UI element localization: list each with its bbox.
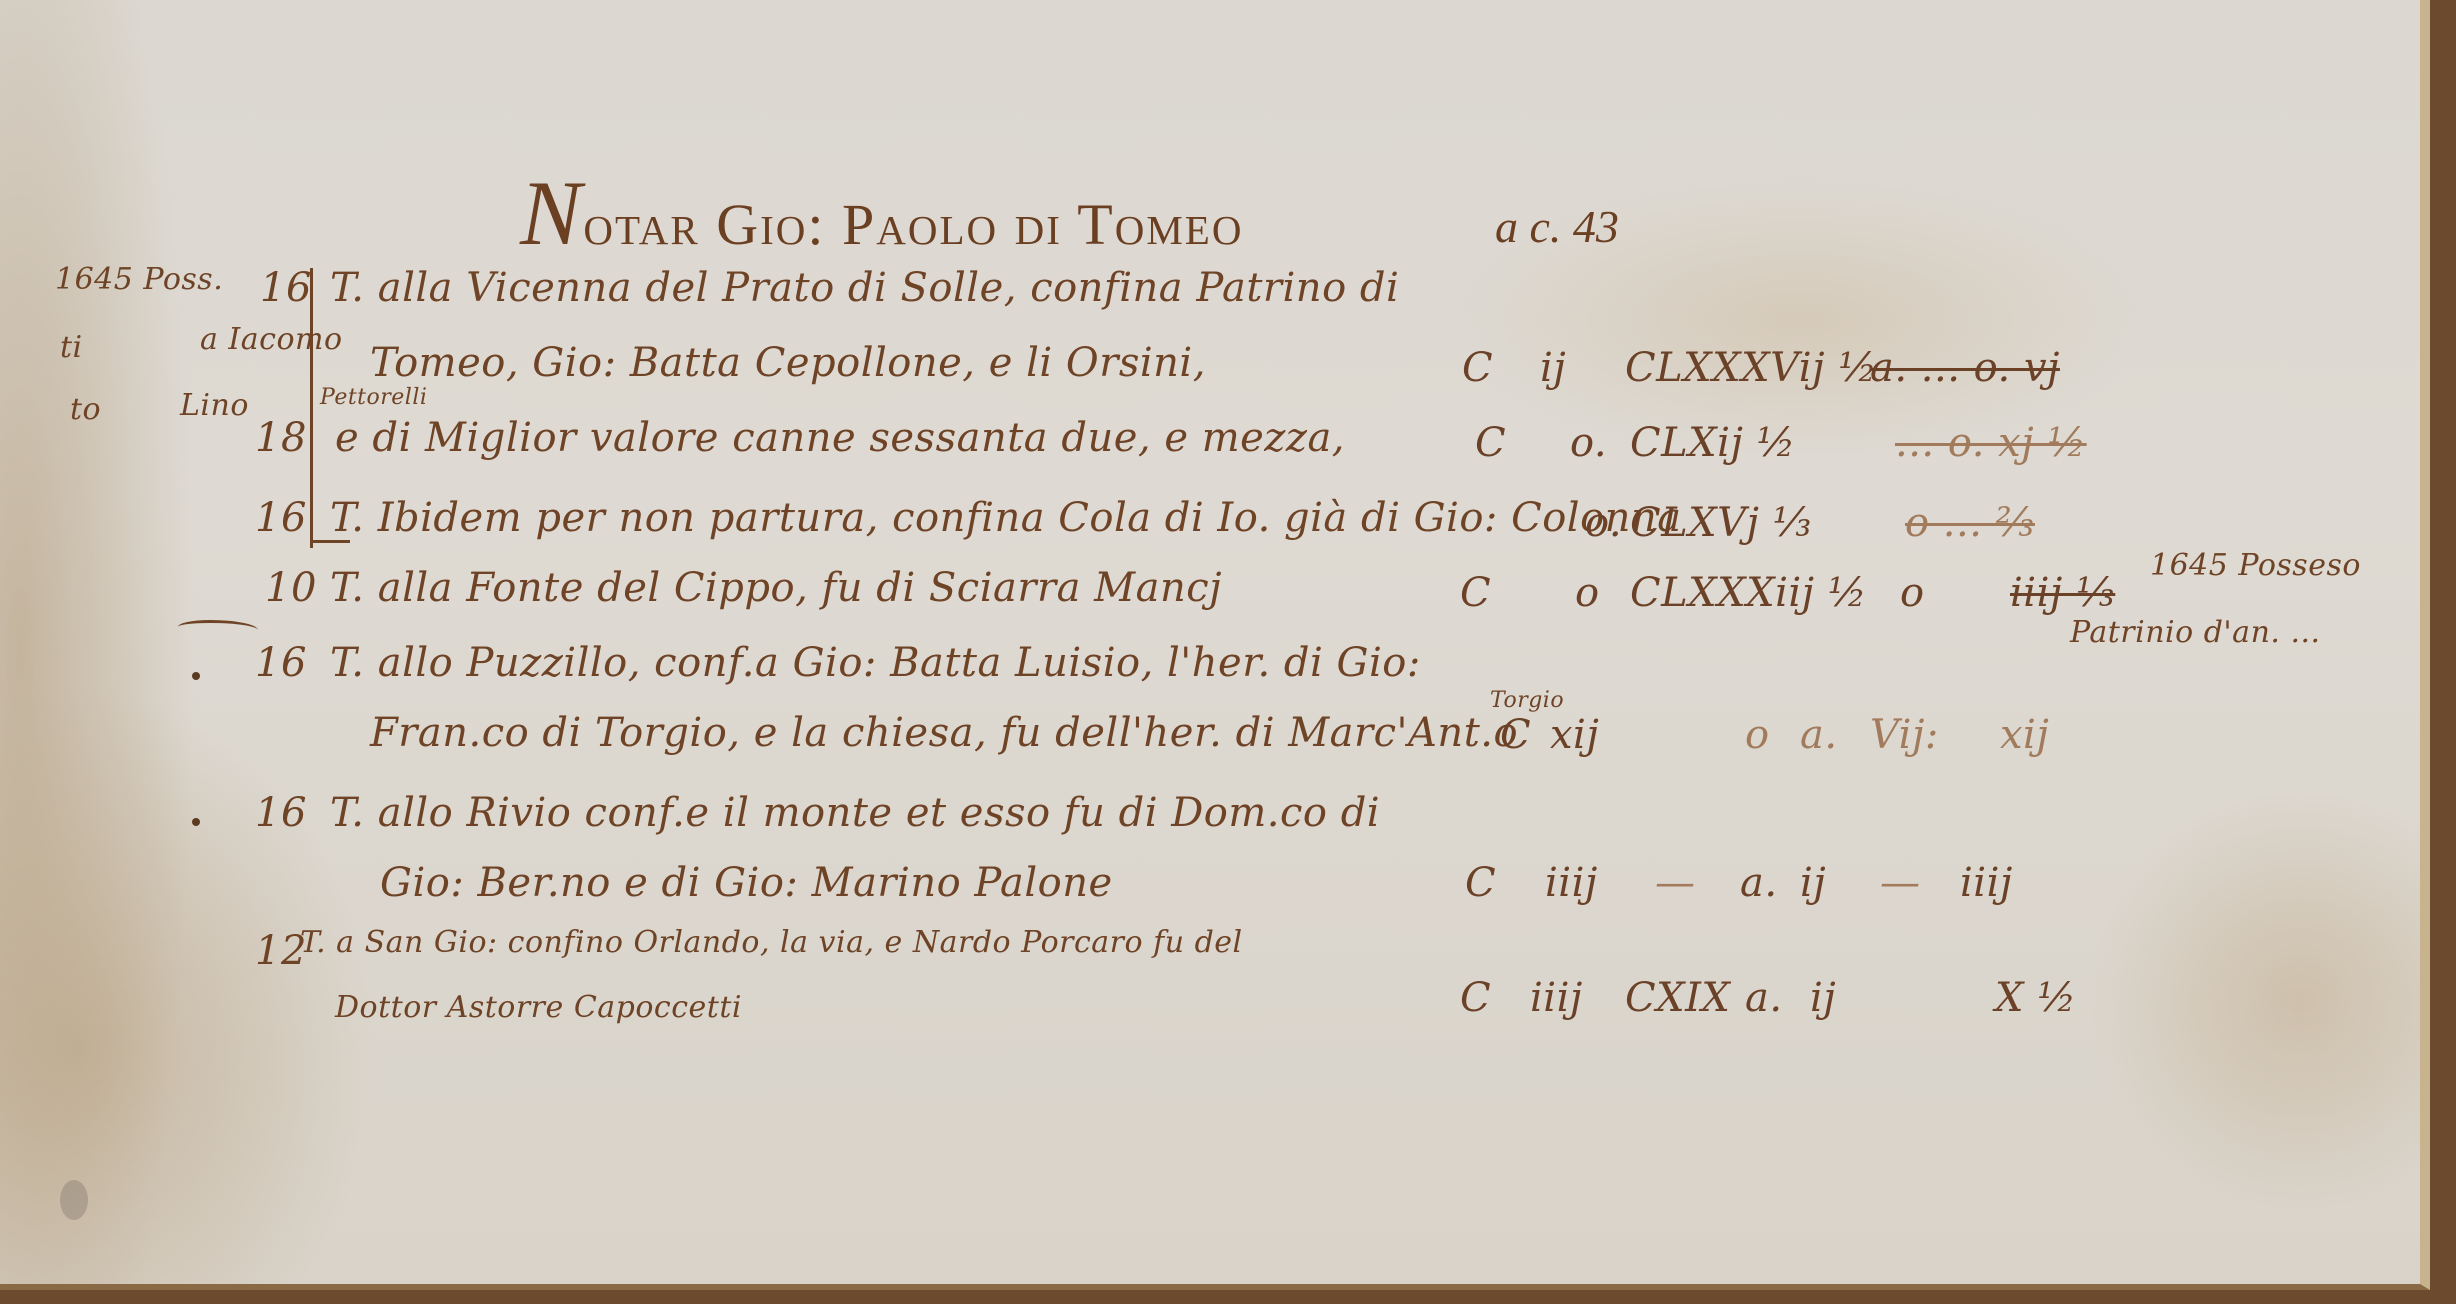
bullet-dot (192, 672, 200, 680)
entry-4-amount-4: iiij ⅓ (2010, 570, 2115, 616)
entry-5-superscript: Torgio (1490, 688, 1564, 713)
folio-reference: a c. 43 (1495, 200, 1619, 253)
margin-note-left-2a: ti (60, 330, 83, 365)
entry-1-line-1: T. alla Vicenna del Prato di Solle, conf… (330, 265, 1399, 311)
entry-5-amount-5: xij (2000, 712, 2049, 758)
margin-note-left-3a: to (70, 392, 101, 427)
page-heading: Notar Gio: Paolo di Tomeo (520, 160, 1243, 266)
entry-1-amount-2: CLXXXVij ½ (1625, 345, 1877, 391)
entry-7-line-1: T. a San Gio: confino Orlando, la via, e… (300, 925, 1243, 960)
entry-6-measure: 16 (255, 790, 307, 836)
heading-initial: N (520, 162, 583, 264)
entry-5-line-1: T. allo Puzzillo, conf.a Gio: Batta Luis… (330, 640, 1421, 686)
entry-3-amount-3: o ... ⅔ (1905, 500, 2035, 546)
entry-4-amount-2: CLXXXiij ½ (1630, 570, 1867, 616)
heading-title: otar Gio: Paolo di Tomeo (583, 192, 1243, 257)
entry-7-amount-5: X ½ (1995, 975, 2076, 1021)
entry-6-amount-1: iiij (1545, 860, 1598, 906)
margin-note-left-3c: Pettorelli (320, 385, 427, 410)
entry-6-amount-2: — (1655, 860, 1696, 906)
margin-note-right-2: Patrinio d'an. ... (2070, 615, 2321, 650)
entry-4-measure: 10 (265, 565, 317, 611)
entry-5-amount-4: Vij: (1870, 712, 1939, 758)
entry-2-line-1: e di Miglior valore canne sessanta due, … (335, 415, 1345, 461)
entry-2-amount-c: C (1475, 420, 1506, 466)
entry-2-amount-3: ... o. xj ½ (1895, 420, 2087, 466)
entry-6-amount-6: iiij (1960, 860, 2013, 906)
entry-1-line-2: Tomeo, Gio: Batta Cepollone, e li Orsini… (370, 340, 1206, 386)
margin-note-left-3b: Lino (180, 388, 249, 423)
entry-6-amount-c: C (1465, 860, 1496, 906)
entry-1-amount-1: ij (1540, 345, 1566, 391)
entry-1-amount-3: a. ... o. vj (1870, 345, 2060, 391)
margin-note-right-1: 1645 Posseso (2150, 548, 2361, 583)
entry-6-amount-4: ij (1800, 860, 1826, 906)
entry-3-measure: 16 (255, 495, 307, 541)
bullet-dot (192, 818, 200, 826)
margin-note-left-top: 1645 Poss. (55, 262, 223, 297)
entry-7-amount-2: CXIX (1625, 975, 1730, 1021)
entry-5-amount-2: o (1745, 712, 1770, 758)
margin-squiggle (178, 620, 258, 637)
entry-1-amount-c: C (1462, 345, 1493, 391)
entry-5-amount-1: xij (1550, 712, 1599, 758)
manuscript-page: Notar Gio: Paolo di Tomeo a c. 43 1645 P… (0, 0, 2430, 1290)
paper-stain (60, 1180, 88, 1220)
entry-6-amount-3: a. (1740, 860, 1778, 906)
entry-7-amount-c: C (1460, 975, 1491, 1021)
entry-4-amount-1: o (1575, 570, 1600, 616)
entry-7-amount-1: iiij (1530, 975, 1583, 1021)
margin-bracket (310, 268, 327, 548)
entry-6-line-1: T. allo Rivio conf.e il monte et esso fu… (330, 790, 1380, 836)
entry-3-amount-1: o. (1585, 500, 1622, 546)
entry-5-measure: 16 (255, 640, 307, 686)
entry-6-amount-5: — (1880, 860, 1921, 906)
entry-3-line-1: T. Ibidem per non partura, confina Cola … (330, 495, 1682, 541)
entry-4-line-1: T. alla Fonte del Cippo, fu di Sciarra M… (330, 565, 1222, 611)
entry-4-amount-c: C (1460, 570, 1491, 616)
entry-1-measure: 16 (260, 265, 312, 311)
entry-7-amount-3: a. (1745, 975, 1783, 1021)
entry-4-amount-3: o (1900, 570, 1925, 616)
entry-5-amount-c: C (1500, 712, 1531, 758)
entry-2-amount-1: o. (1570, 420, 1607, 466)
entry-5-amount-3: a. (1800, 712, 1838, 758)
entry-2-measure: 18 (255, 415, 307, 461)
entry-3-amount-2: CLXVj ⅓ (1630, 500, 1812, 546)
entry-6-line-2: Gio: Ber.no e di Gio: Marino Palone (380, 860, 1113, 906)
entry-2-amount-2: CLXij ½ (1630, 420, 1796, 466)
entry-7-amount-4: ij (1810, 975, 1836, 1021)
entry-5-line-2: Fran.co di Torgio, e la chiesa, fu dell'… (370, 710, 1518, 756)
entry-7-line-2: Dottor Astorre Capoccetti (335, 990, 742, 1025)
